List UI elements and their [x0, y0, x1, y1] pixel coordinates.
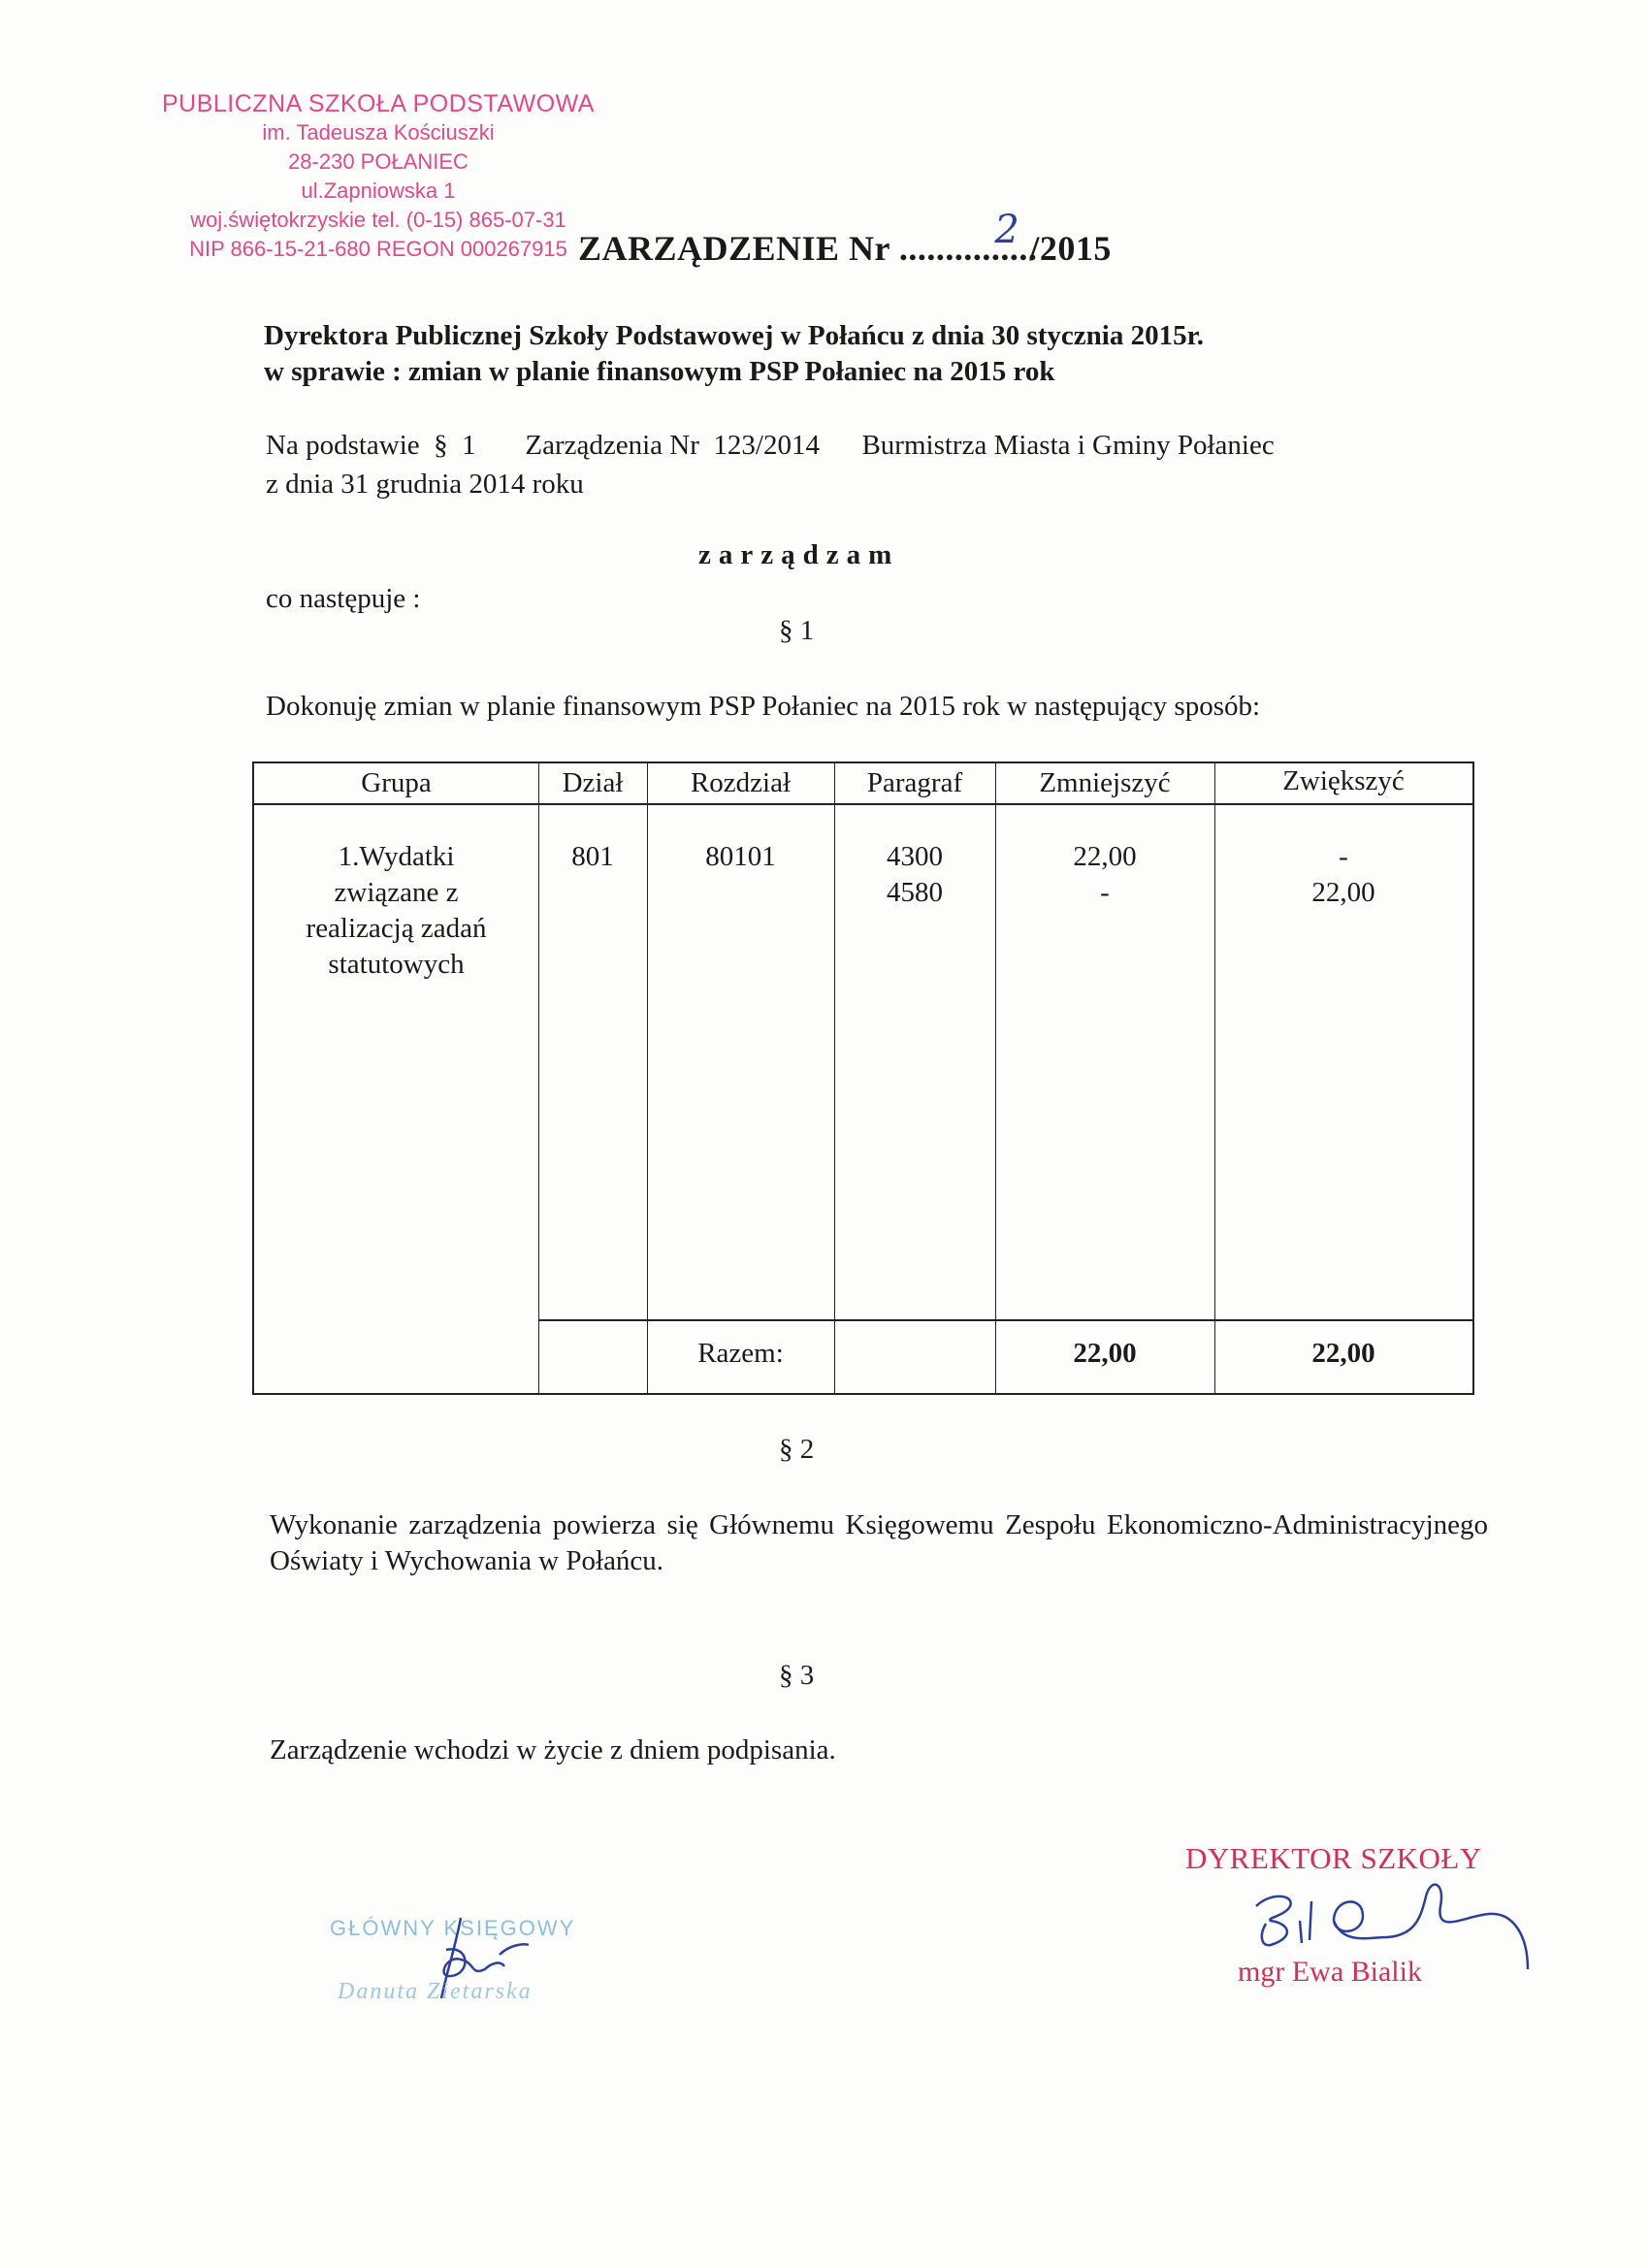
cell-dzial: 801 [538, 839, 647, 875]
director-name: mgr Ewa Bialik [1238, 1956, 1422, 1989]
cell-paragraf: 4300 4580 [834, 839, 995, 911]
header-zwiekszyc: Zwiększyć [1214, 763, 1472, 799]
legal-basis-line: Na podstawie § 1 Zarządzenia Nr 123/2014… [266, 428, 1275, 464]
header-zmniejszyc: Zmniejszyć [995, 765, 1214, 801]
zwiekszyc-value: 22,00 [1214, 875, 1472, 911]
stamp-line: im. Tadeusza Kościuszki [145, 118, 611, 147]
cell-rozdzial: 80101 [647, 839, 834, 875]
zmniejszyc-value: - [995, 875, 1214, 911]
paragraf-value: 4580 [834, 875, 995, 911]
zwiekszyc-value: - [1214, 839, 1472, 875]
follows-label: co następuje : [266, 581, 420, 617]
section-1-heading: § 1 [779, 615, 814, 647]
section-2-text: Wykonanie zarządzenia powierza się Główn… [270, 1507, 1488, 1579]
decree-word: zarządzam [698, 539, 899, 571]
title-suffix: /2015 [1029, 229, 1112, 268]
grupa-line: statutowych [254, 947, 538, 983]
paragraf-value: 4300 [834, 839, 995, 875]
section-1-intro: Dokonuję zmian w planie finansowym PSP P… [266, 689, 1260, 725]
cell-grupa: 1.Wydatki związane z realizacją zadań st… [254, 839, 538, 983]
grupa-line: 1.Wydatki [254, 839, 538, 875]
document-subtitle: Dyrektora Publicznej Szkoły Podstawowej … [264, 318, 1204, 390]
grupa-line: realizacją zadań [254, 911, 538, 947]
section-2-heading: § 2 [779, 1434, 814, 1466]
legal-basis-date: z dnia 31 grudnia 2014 roku [266, 467, 584, 502]
total-divider [538, 1319, 1472, 1321]
stamp-line: 28-230 POŁANIEC [145, 147, 611, 177]
subtitle-line: Dyrektora Publicznej Szkoły Podstawowej … [264, 318, 1204, 354]
total-label: Razem: [647, 1336, 834, 1372]
cell-zmniejszyc: 22,00 - [995, 839, 1214, 911]
header-rozdzial: Rozdział [647, 765, 834, 801]
cell-zwiekszyc: - 22,00 [1214, 839, 1472, 911]
title-prefix: ZARZĄDZENIE Nr ............... [578, 229, 1037, 268]
total-zmniejszyc: 22,00 [995, 1336, 1214, 1372]
handwritten-number: 2 [994, 208, 1019, 252]
accountant-name: Danuta Zietarska [338, 1979, 533, 2005]
grupa-line: związane z [254, 875, 538, 911]
total-zwiekszyc: 22,00 [1214, 1336, 1472, 1372]
financial-plan-table: Grupa Dział Rozdział Paragraf Zmniejszyć… [252, 761, 1474, 1395]
section-3-text: Zarządzenie wchodzi w życie z dniem podp… [270, 1733, 836, 1768]
stamp-line: PUBLICZNA SZKOŁA PODSTAWOWA [145, 89, 611, 118]
zmniejszyc-value: 22,00 [995, 839, 1214, 875]
header-dzial: Dział [538, 765, 647, 801]
header-paragraf: Paragraf [834, 765, 995, 801]
header-grupa: Grupa [254, 765, 538, 801]
document-title: ZARZĄDZENIE Nr ...............2/2015 [578, 225, 1112, 270]
section-3-heading: § 3 [779, 1660, 814, 1692]
school-stamp: PUBLICZNA SZKOŁA PODSTAWOWA im. Tadeusza… [145, 89, 611, 264]
director-stamp-title: DYREKTOR SZKOŁY [1185, 1841, 1482, 1876]
subtitle-line: w sprawie : zmian w planie finansowym PS… [264, 354, 1204, 390]
stamp-line: NIP 866-15-21-680 REGON 000267915 [145, 235, 611, 264]
stamp-line: woj.świętokrzyskie tel. (0-15) 865-07-31 [145, 206, 611, 235]
stamp-line: ul.Zapniowska 1 [145, 177, 611, 206]
header-divider [254, 803, 1472, 805]
